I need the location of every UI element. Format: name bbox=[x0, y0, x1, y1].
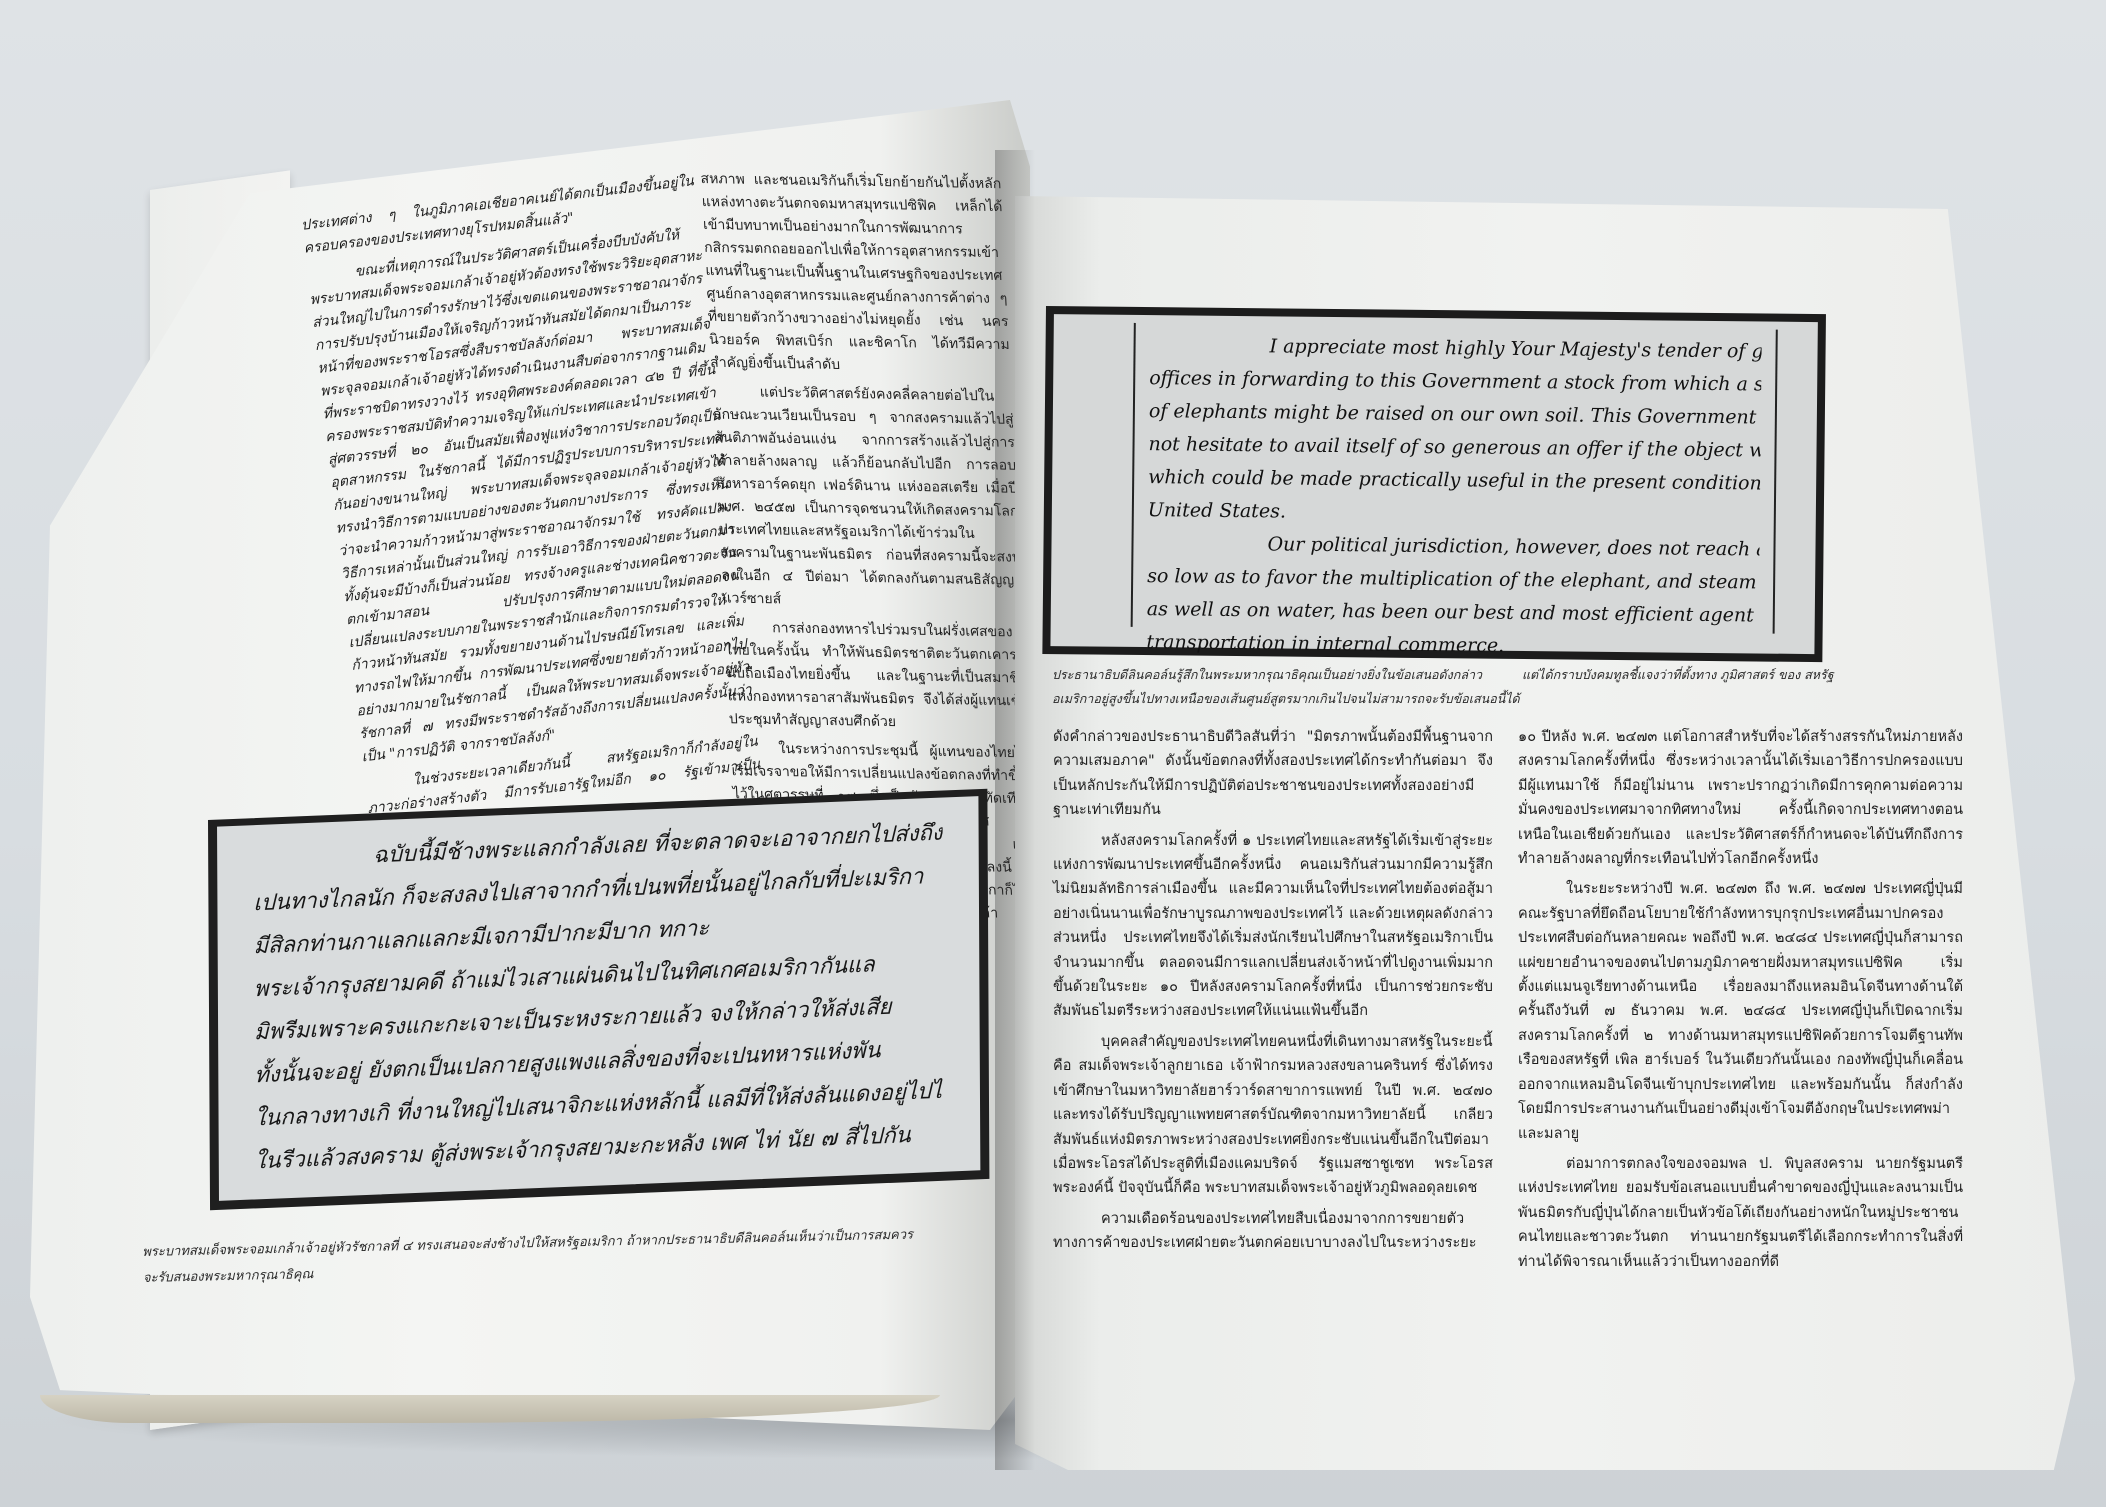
paragraph: ขณะที่เหตุการณ์ในประวัติศาสตร์เป็นเครื่อ… bbox=[306, 222, 756, 769]
paragraph: แต่ประวัติศาสตร์ยังคงคลี่คลายต่อไปในลักษ… bbox=[711, 381, 1024, 616]
paragraph: การส่งกองทหารไปร่วมรบในฝรั่งเศสของไทยในค… bbox=[723, 616, 1030, 736]
paragraph: ต่อมาการตกลงใจของจอมพล ป. พิบูลสงคราม นา… bbox=[1518, 1152, 1963, 1274]
caption-line: อเมริกาอยู่สูงขึ้นไปทางเหนือของเส้นศูนย์… bbox=[1052, 687, 1932, 711]
paragraph: ๑๐ ปีหลัง พ.ศ. ๒๔๗๓ แต่โอกาสสำหรับที่จะไ… bbox=[1518, 725, 1963, 871]
paragraph: ดังคำกล่าวของประธานาธิบดีวิลสันที่ว่า "ม… bbox=[1053, 725, 1493, 823]
thai-handwritten-letter-image: ฉบับนี้มีช้างพระแลกกำลังเลย ที่จะตลาดจะเ… bbox=[208, 789, 989, 1211]
paragraph: บุคคลสำคัญของประเทศไทยคนหนึ่งที่เดินทางม… bbox=[1053, 1030, 1493, 1201]
paragraph: สหภาพ และชนอเมริกันก็เริ่มโยกย้ายกันไปตั… bbox=[700, 168, 1012, 380]
letter-line: transportation in internal commerce. bbox=[1146, 626, 1758, 665]
right-page-column-2: ๑๐ ปีหลัง พ.ศ. ๒๔๗๓ แต่โอกาสสำหรับที่จะไ… bbox=[1518, 725, 1963, 1280]
paragraph: หลังสงครามโลกครั้งที่ ๑ ประเทศไทยและสหรั… bbox=[1053, 829, 1493, 1024]
letter-body: I appreciate most highly Your Majesty's … bbox=[1131, 323, 1778, 634]
paragraph: ในระยะระหว่างปี พ.ศ. ๒๔๗๓ ถึง พ.ศ. ๒๔๗๗ … bbox=[1518, 877, 1963, 1145]
book-gutter-shadow bbox=[995, 150, 1035, 1470]
caption-line: แต่ได้กราบบังคมทูลชี้แจงว่าที่ตั้งทาง ภู… bbox=[1522, 663, 1834, 687]
paragraph: ความเดือดร้อนของประเทศไทยสืบเนื่องมาจากก… bbox=[1053, 1207, 1493, 1256]
right-image-caption: ประธานาธิบดีลินคอล์นรู้สึกในพระมหากรุณาธ… bbox=[1052, 663, 1932, 711]
letter-line: United States. bbox=[1148, 494, 1760, 533]
right-page-column-1: ดังคำกล่าวของประธานาธิบดีวิลสันที่ว่า "ม… bbox=[1053, 725, 1493, 1262]
english-handwritten-letter-image: I appreciate most highly Your Majesty's … bbox=[1042, 306, 1826, 662]
left-page-column-1: ประเทศต่าง ๆ ในภูมิภาคเอเชียอาคเนย์ได้ตก… bbox=[300, 170, 765, 850]
